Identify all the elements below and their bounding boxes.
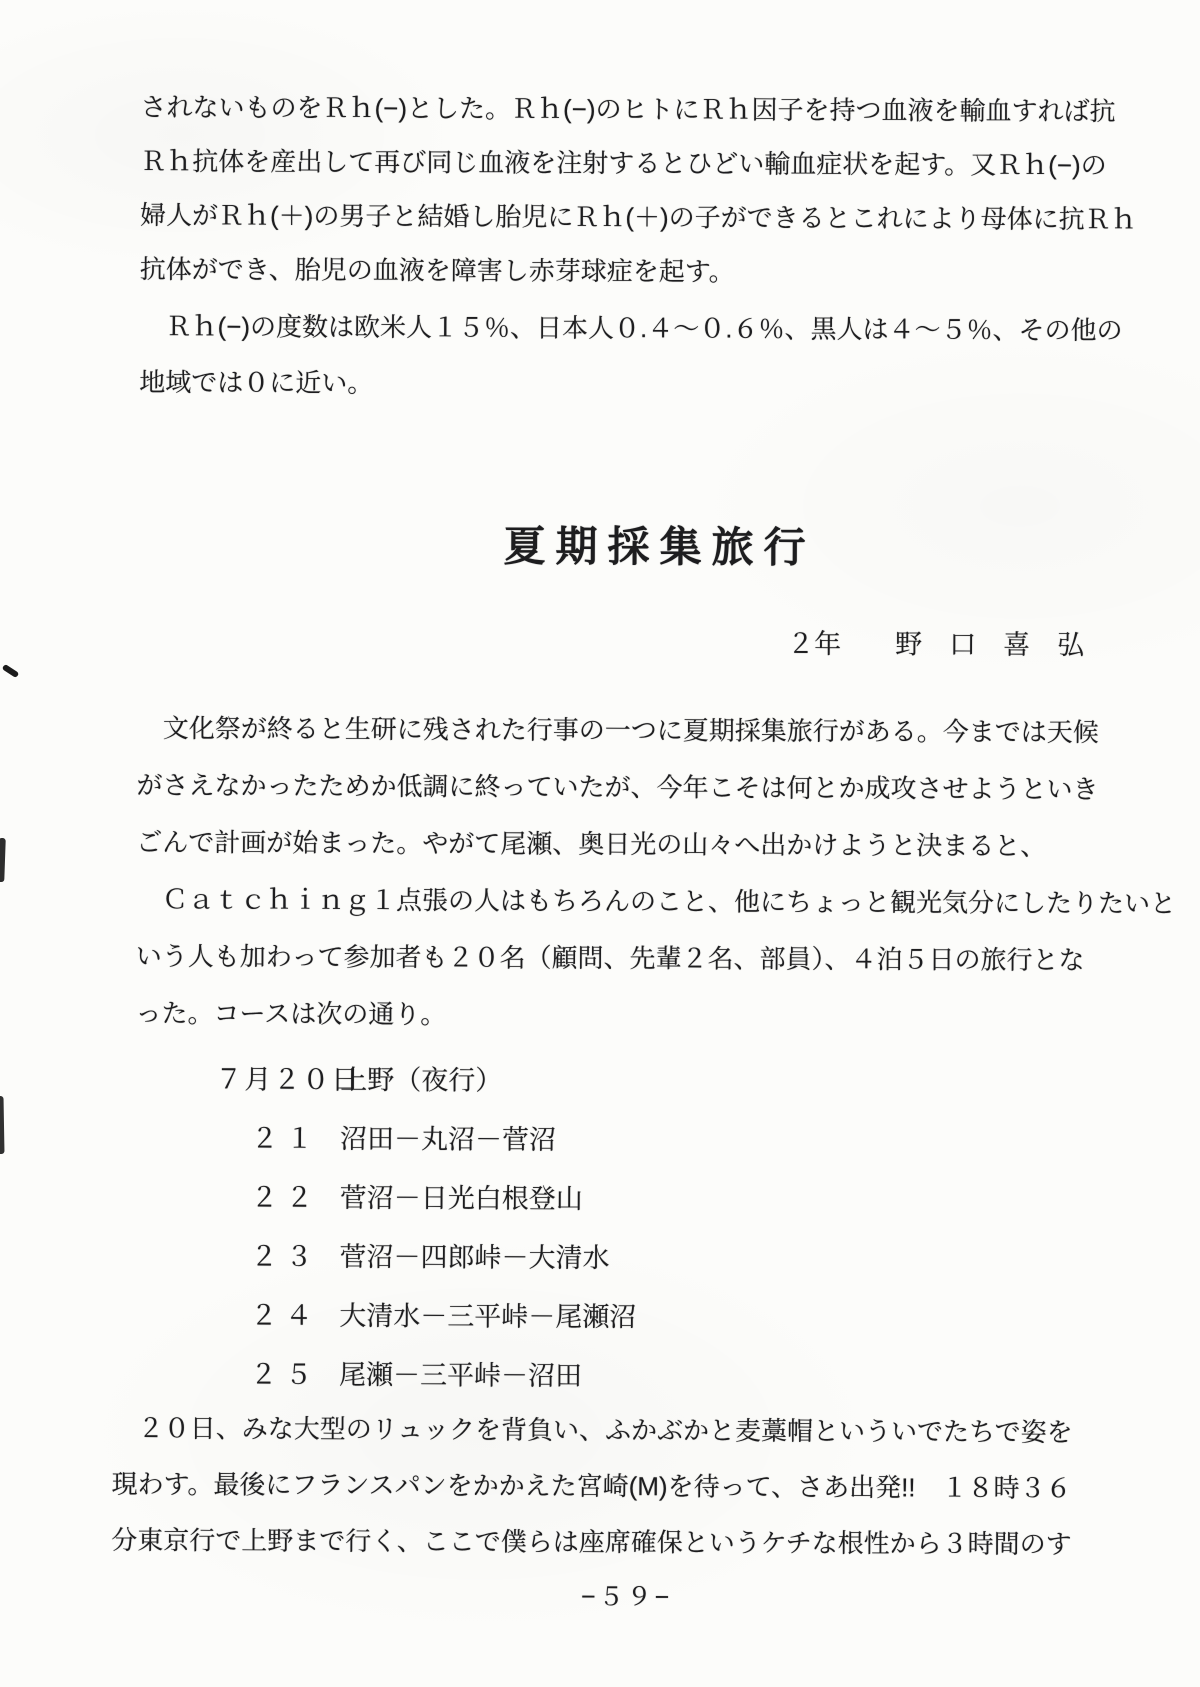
body-line: った。コースは次の通り。	[135, 985, 1175, 1047]
departure-paragraph: ２０日、みな大型のリュックを背負い、ふかぶかと麦藁帽といういでたちで姿を 現わす…	[111, 1400, 1073, 1572]
itinerary-row: ７月２０日 上野（夜行）	[0, 1049, 1195, 1113]
itinerary-row: ２３ 菅沼－四郎峠－大清水	[0, 1226, 1195, 1290]
itinerary-route: 沼田－丸沼－菅沼	[340, 1110, 556, 1170]
body-line: Ｃａｔｃｈｉｎｇ１点張の人はもちろんのこと、他にちょっと観光気分にしたりたいと	[136, 871, 1176, 933]
body-line: 文化祭が終ると生研に残された行事の一つに夏期採集旅行がある。今までは天候	[137, 700, 1177, 762]
rh-frequency-paragraph: Ｒｈ(−)の度数は欧米人１５％、日本人０.４〜０.６％、黒人は４〜５％、その他の…	[139, 298, 1122, 414]
body-line: されないものをＲｈ(−)とした。Ｒｈ(−)のヒトにＲｈ因子を持つ血液を輸血すれば…	[140, 80, 1137, 138]
body-line: 分東京行で上野まで行く、ここで僕らは座席確保というケチな根性から３時間のす	[111, 1512, 1072, 1572]
itinerary-day: ２２	[251, 1168, 321, 1227]
body-line: ２０日、みな大型のリュックを背負い、ふかぶかと麦藁帽といういでたちで姿を	[112, 1400, 1073, 1460]
body-line: 抗体ができ、胎児の血液を障害し赤芽球症を起す。	[140, 242, 1137, 300]
body-line: 地域では０に近い。	[139, 354, 1122, 414]
body-line: Ｒｈ抗体を産出して再び同じ血液を注射するとひどい輸血症状を起す。又Ｒｈ(−)の	[140, 134, 1137, 192]
page-number: −５９−	[581, 1582, 672, 1612]
itinerary-route: 菅沼－日光白根登山	[340, 1169, 583, 1229]
page-content: されないものをＲｈ(−)とした。Ｒｈ(−)のヒトにＲｈ因子を持つ血液を輸血すれば…	[0, 0, 1200, 1687]
article-paragraph: 文化祭が終ると生研に残された行事の一つに夏期採集旅行がある。今までは天候 がさえ…	[135, 700, 1176, 1047]
itinerary-day: ２３	[250, 1227, 320, 1286]
itinerary-route: 大清水－三平峠－尾瀬沼	[339, 1287, 636, 1347]
itinerary-list: ７月２０日 上野（夜行） ２１ 沼田－丸沼－菅沼 ２２ 菅沼－日光白根登山 ２３…	[0, 1049, 1195, 1408]
itinerary-day: ２４	[250, 1286, 320, 1345]
itinerary-row: ２２ 菅沼－日光白根登山	[0, 1167, 1195, 1231]
scanned-document-page: されないものをＲｈ(−)とした。Ｒｈ(−)のヒトにＲｈ因子を持つ血液を輸血すれば…	[0, 0, 1200, 1687]
body-line: いう人も加わって参加者も２０名（顧問、先輩２名、部員）、４泊５日の旅行とな	[136, 928, 1176, 990]
itinerary-row: ２４ 大清水－三平峠－尾瀬沼	[0, 1285, 1194, 1349]
itinerary-route: 上野（夜行）	[340, 1051, 502, 1111]
body-line: ごんで計画が始まった。やがて尾瀬、奥日光の山々へ出かけようと決まると、	[136, 814, 1176, 876]
rh-paragraph: されないものをＲｈ(−)とした。Ｒｈ(−)のヒトにＲｈ因子を持つ血液を輸血すれば…	[140, 80, 1138, 300]
article-byline: ２年 野 口 喜 弘	[787, 627, 1084, 662]
itinerary-day: ７月２０日	[215, 1050, 360, 1110]
article-title: 夏期採集旅行	[504, 522, 816, 573]
itinerary-route: 菅沼－四郎峠－大清水	[339, 1228, 609, 1288]
body-line: Ｒｈ(−)の度数は欧米人１５％、日本人０.４〜０.６％、黒人は４〜５％、その他の	[139, 298, 1122, 358]
body-line: がさえなかったためか低調に終っていたが、今年こそは何とか成攻させようといき	[136, 757, 1176, 819]
itinerary-row: ２５ 尾瀬－三平峠－沼田	[0, 1344, 1194, 1408]
body-line: 婦人がＲｈ(＋)の男子と結婚し胎児にＲｈ(＋)の子ができるとこれにより母体に抗Ｒ…	[140, 188, 1137, 246]
itinerary-day: ２１	[251, 1109, 321, 1168]
itinerary-route: 尾瀬－三平峠－沼田	[339, 1346, 582, 1406]
itinerary-row: ２１ 沼田－丸沼－菅沼	[0, 1108, 1195, 1172]
itinerary-day: ２５	[250, 1345, 320, 1404]
body-line: 現わす。最後にフランスパンをかかえた宮崎(M)を待って、さあ出発!! １８時３６	[111, 1456, 1072, 1516]
